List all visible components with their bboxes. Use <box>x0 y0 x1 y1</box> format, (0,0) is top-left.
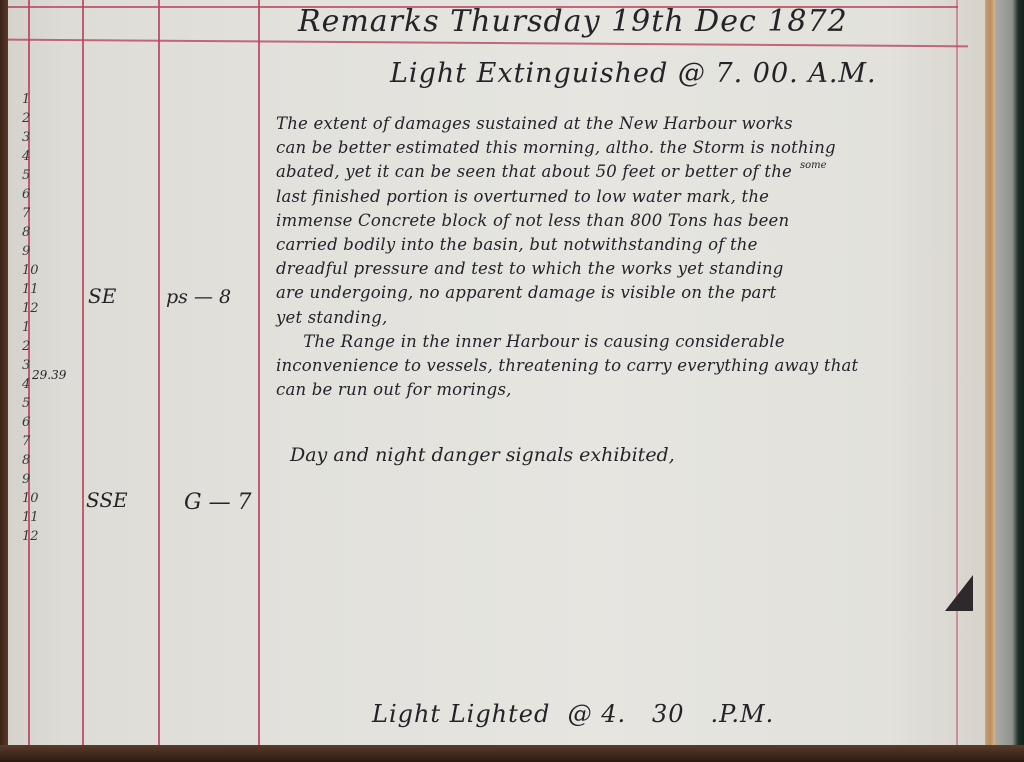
hour-label: 10 <box>22 261 46 280</box>
remarks-line: The extent of damages sustained at the N… <box>276 112 976 136</box>
wind-direction-entry: SE <box>88 284 116 308</box>
remarks-line: dreadful pressure and test to which the … <box>276 257 976 281</box>
light-lighted-note: Light Lighted @ 4. 30 .P.M. <box>372 700 774 728</box>
remarks-line: immense Concrete block of not less than … <box>276 209 976 233</box>
remarks-line: yet standing, <box>276 306 976 330</box>
remarks-line: abated, yet it can be seen that about 50… <box>276 160 976 184</box>
hour-label: 7 <box>22 204 46 223</box>
weather-entry: ps — 8 <box>166 286 231 308</box>
hour-label: 8 <box>22 451 46 470</box>
hour-label: 12 <box>22 299 46 318</box>
wind-direction-entry: SSE <box>86 488 128 512</box>
hour-label: 7 <box>22 432 46 451</box>
page-damage-spot <box>945 575 973 611</box>
remarks-line: are undergoing, no apparent damage is vi… <box>276 281 976 305</box>
hour-label: 11 <box>22 280 46 299</box>
hour-label: 11 <box>22 508 46 527</box>
remarks-line: carried bodily into the basin, but notwi… <box>276 233 976 257</box>
signals-note: Day and night danger signals exhibited, <box>290 444 675 466</box>
hour-label: 4 <box>22 147 46 166</box>
remarks-line: inconvenience to vessels, threatening to… <box>276 354 976 378</box>
page-title: Remarks Thursday 19th Dec 1872 <box>298 4 848 39</box>
remarks-line: last finished portion is overturned to l… <box>276 185 976 209</box>
barometer-reading: 29.39 <box>32 368 66 382</box>
hour-label: 5 <box>22 166 46 185</box>
hour-label: 2 <box>22 337 46 356</box>
hour-label: 1 <box>22 318 46 337</box>
remarks-body: The extent of damages sustained at the N… <box>276 112 976 402</box>
page-bottom-shadow <box>0 745 1024 762</box>
hour-column: 1 2 3 4 5 6 7 8 9 10 11 12 1 2 3 4 5 6 7… <box>22 90 46 546</box>
hour-label: 10 <box>22 489 46 508</box>
column-rule <box>82 0 84 752</box>
remarks-line: can be run out for morings, <box>276 378 976 402</box>
hour-label: 1 <box>22 90 46 109</box>
hour-label: 12 <box>22 527 46 546</box>
ledger-page: Remarks Thursday 19th Dec 1872 Light Ext… <box>8 0 988 752</box>
hour-label: 8 <box>22 223 46 242</box>
interlinear-insert: some <box>800 160 827 171</box>
hour-label: 9 <box>22 470 46 489</box>
hour-label: 5 <box>22 394 46 413</box>
header-rule <box>8 39 968 47</box>
hour-label: 3 <box>22 128 46 147</box>
book-cover-edge <box>995 0 1024 762</box>
column-rule <box>258 0 260 752</box>
light-extinguished-note: Light Extinguished @ 7. 00. A.M. <box>390 58 877 89</box>
hour-label: 2 <box>22 109 46 128</box>
page-edge <box>985 0 995 762</box>
hour-label: 9 <box>22 242 46 261</box>
remarks-line: The Range in the inner Harbour is causin… <box>276 330 976 354</box>
remarks-line: can be better estimated this morning, al… <box>276 136 976 160</box>
weather-entry: G — 7 <box>184 490 252 515</box>
column-rule <box>158 0 160 752</box>
hour-label: 6 <box>22 185 46 204</box>
hour-label: 6 <box>22 413 46 432</box>
